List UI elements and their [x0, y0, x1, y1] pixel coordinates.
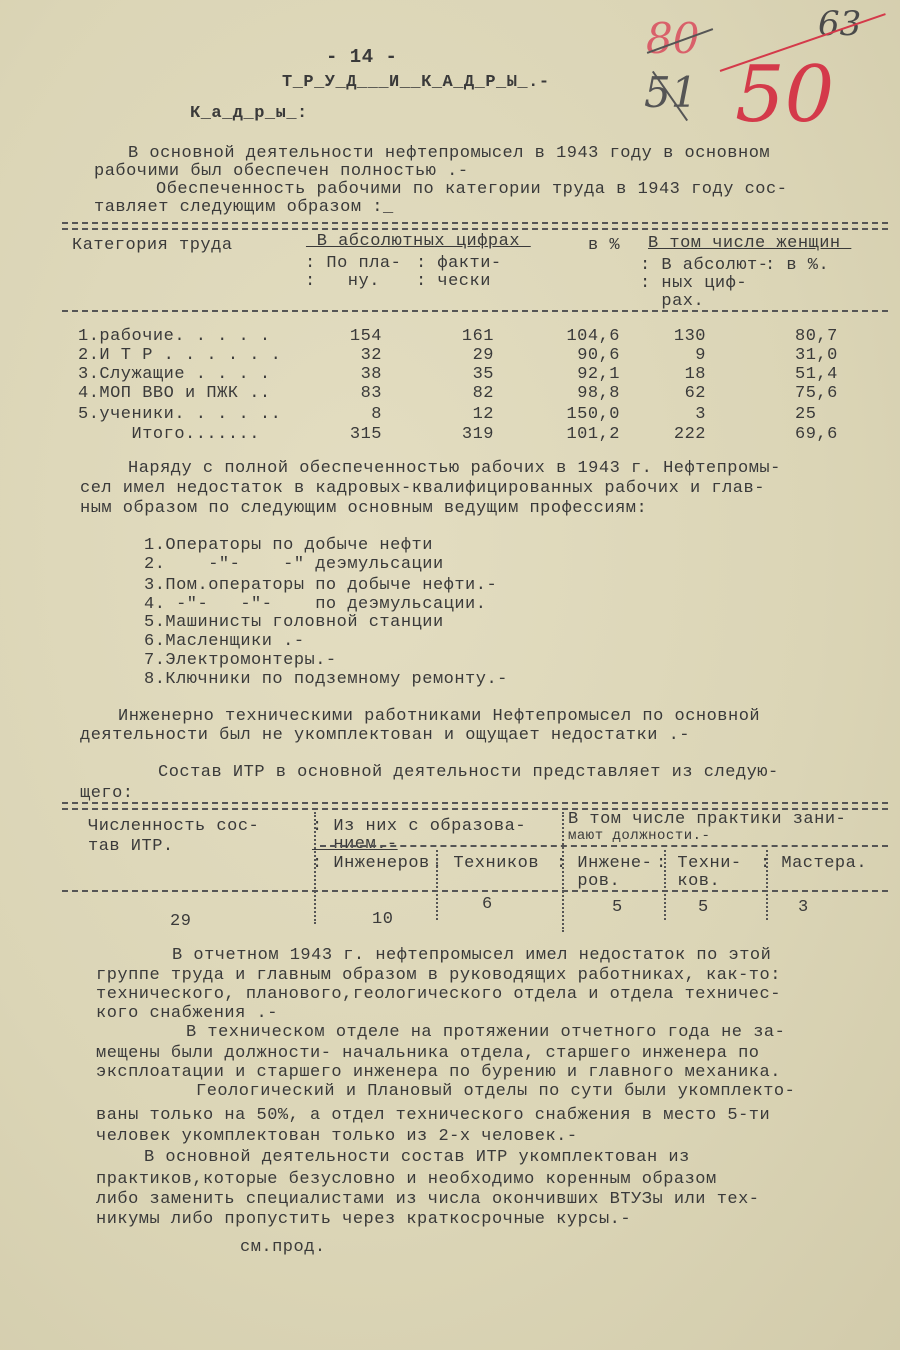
list-item: 5.Машинисты головной станции: [144, 613, 444, 633]
paragraph-line: сел имел недостаток в кадровых-квалифици…: [80, 479, 765, 499]
value-masters: 3: [798, 898, 809, 918]
header-practice: мают должности.-: [568, 826, 710, 846]
cell-plan: 8: [320, 405, 382, 425]
cell-percent: 92,1: [560, 365, 620, 385]
cell-women-pct: 25: [795, 405, 816, 425]
cell-women-pct: 69,6: [795, 425, 838, 445]
continued-note: см.прод.: [240, 1238, 326, 1258]
paragraph-line: В отчетном 1943 г. нефтепромысел имел не…: [172, 946, 771, 966]
table-row: 1.рабочие. . . . . 154 161 104,6 130 80,…: [0, 327, 900, 346]
header-technicians: : Техников: [432, 854, 539, 874]
red-crossed-number: 80: [646, 14, 699, 63]
paragraph-line: человек укомплектован только из 2-х чело…: [96, 1127, 578, 1147]
paragraph-line: ным образом по следующим основным ведущи…: [80, 499, 647, 519]
table-row: 4.МОП ВВО и ПЖК .. 83 82 98,8 62 75,6: [0, 384, 900, 405]
header-prac-engineers: : Инжене-: [556, 854, 652, 874]
cell-fact: 82: [430, 384, 494, 404]
header-fact: : чески: [416, 272, 491, 292]
table1-rows: 1.рабочие. . . . . 154 161 104,6 130 80,…: [0, 327, 900, 445]
value-prac-engineers: 5: [612, 898, 623, 918]
cell-category: 1.рабочие. . . . .: [78, 327, 271, 347]
cell-percent: 101,2: [560, 425, 620, 445]
list-item: 8.Ключники по подземному ремонту.-: [144, 670, 508, 690]
cell-plan: 315: [320, 425, 382, 445]
header-prac-technicians: : Техни-: [656, 854, 742, 874]
table2-subheader-border: [320, 845, 888, 847]
table2-top-border: [62, 802, 888, 810]
cell-fact: 29: [430, 346, 494, 366]
document-page: 63 80 51 50 - 14 - Т_Р_У_Д___И__К_А_Д_Р_…: [0, 0, 900, 1350]
header-women-pct: : в %.: [765, 256, 829, 276]
paragraph-line: практиков,которые безусловно и необходим…: [96, 1170, 717, 1190]
header-education: : Из них с образова-: [312, 817, 526, 837]
list-item: 1.Операторы по добыче нефти: [144, 536, 433, 556]
cell-women-pct: 31,0: [795, 346, 838, 366]
cell-percent: 104,6: [560, 327, 620, 347]
cell-women-pct: 51,4: [795, 365, 838, 385]
paragraph-line: Геологический и Плановый отделы по сути …: [196, 1082, 795, 1102]
header-percent: в %: [588, 236, 620, 256]
cell-women-pct: 75,6: [795, 384, 838, 404]
list-item: 2. -"- -" деэмульсации: [144, 555, 444, 575]
cell-percent: 98,8: [560, 384, 620, 404]
cell-category: 5.ученики. . . . ..: [78, 405, 281, 425]
intro-line: рабочими был обеспечен полностью .-: [94, 162, 469, 182]
cell-plan: 154: [320, 327, 382, 347]
page-number: - 14 -: [326, 47, 397, 67]
cell-fact: 319: [430, 425, 494, 445]
header-fact: : факти-: [416, 254, 502, 274]
paragraph-line: Инженерно техническими работниками Нефте…: [118, 707, 760, 727]
paragraph-line: никумы либо пропустить через краткосрочн…: [96, 1210, 631, 1230]
header-women-abs: : В абсолют-: [640, 256, 768, 276]
table-row: 5.ученики. . . . .. 8 12 150,0 3 25: [0, 405, 900, 425]
cell-category: Итого.......: [78, 425, 260, 445]
cell-category: 2.И Т Р . . . . . .: [78, 346, 281, 366]
value-total: 29: [170, 912, 191, 932]
cell-plan: 83: [320, 384, 382, 404]
column-divider: [664, 850, 666, 920]
paragraph-line: Состав ИТР в основной деятельности предс…: [158, 763, 779, 783]
cell-category: 4.МОП ВВО и ПЖК ..: [78, 384, 271, 404]
section-title: Т_Р_У_Д___И__К_А_Д_Р_Ы_.-: [282, 73, 550, 93]
header-engineers: : Инженеров: [312, 854, 430, 874]
paragraph-line: мещены были должности- начальника отдела…: [96, 1044, 760, 1064]
intro-line: тавляет следующим образом :_: [94, 198, 394, 218]
intro-line: Обеспеченность рабочими по категории тру…: [156, 180, 787, 200]
header-women-abs: рах.: [640, 292, 704, 312]
value-prac-technicians: 5: [698, 898, 709, 918]
paragraph-line: деятельности был не укомплектован и ощущ…: [80, 726, 690, 746]
header-women: В_том_числе_женщин_: [648, 234, 851, 254]
paragraph-line: щего:: [80, 784, 134, 804]
paragraph-line: технического, планового,геологического о…: [96, 985, 781, 1005]
header-masters: : Мастера.: [760, 854, 867, 874]
paragraph-line: Наряду с полной обеспеченностью рабочих …: [128, 459, 781, 479]
cell-plan: 32: [320, 346, 382, 366]
value-technicians: 6: [482, 895, 493, 915]
intro-line: В основной деятельности нефтепромысел в …: [128, 144, 770, 164]
list-item: 3.Пом.операторы по добыче нефти.-: [144, 576, 497, 596]
table-row-total: Итого....... 315 319 101,2 222 69,6: [0, 425, 900, 445]
header-plan: : ну.: [305, 272, 380, 292]
table-row: 3.Служащие . . . . 38 35 92,1 18 51,4: [0, 365, 900, 384]
cell-women-abs: 222: [670, 425, 706, 445]
paragraph-line: ваны только на 50%, а отдел технического…: [96, 1106, 770, 1126]
list-item: 4. -"- -"- по деэмульсации.: [144, 595, 486, 615]
subsection-title: К_а_д_р_ы_:: [190, 104, 308, 124]
cell-women-abs: 62: [670, 384, 706, 404]
paragraph-line: эксплоатации и старшего инженера по буре…: [96, 1063, 781, 1083]
table-header-border: [62, 310, 888, 312]
cell-women-abs: 130: [670, 327, 706, 347]
paragraph-line: группе труда и главным образом в руковод…: [96, 966, 781, 986]
paragraph-line: либо заменить специалистами из числа око…: [96, 1190, 760, 1210]
column-divider: [314, 812, 316, 924]
paragraph-line: В техническом отделе на протяжении отчет…: [186, 1023, 785, 1043]
cell-women-abs: 9: [670, 346, 706, 366]
header-total: тав ИТР.: [88, 837, 174, 857]
pencil-crossed-number: 51: [644, 68, 697, 117]
table-top-border: [62, 222, 888, 230]
paragraph-line: В основной деятельности состав ИТР укомп…: [144, 1148, 690, 1168]
cell-percent: 150,0: [560, 405, 620, 425]
cell-women-abs: 3: [670, 405, 706, 425]
cell-percent: 90,6: [560, 346, 620, 366]
cell-fact: 35: [430, 365, 494, 385]
header-prac-engineers: ров.: [556, 872, 620, 892]
header-total: Численность сос-: [88, 817, 259, 837]
header-plan: : По пла-: [305, 254, 401, 274]
header-category: Категория труда: [72, 236, 233, 256]
table-row: 2.И Т Р . . . . . . 32 29 90,6 9 31,0: [0, 346, 900, 365]
cell-category: 3.Служащие . . . .: [78, 365, 271, 385]
cell-fact: 161: [430, 327, 494, 347]
column-divider: [562, 812, 564, 932]
table2-header-border: [62, 890, 888, 892]
list-item: 6.Масленщики .-: [144, 632, 305, 652]
column-divider: [766, 850, 768, 920]
header-women-abs: : ных циф-: [640, 274, 747, 294]
column-divider: [436, 850, 438, 920]
cell-women-pct: 80,7: [795, 327, 838, 347]
cell-women-abs: 18: [670, 365, 706, 385]
paragraph-line: кого снабжения .-: [96, 1004, 278, 1024]
cell-fact: 12: [430, 405, 494, 425]
value-engineers: 10: [372, 910, 393, 930]
header-absolute: _В_абсолютных_цифрах_: [306, 232, 531, 252]
cell-plan: 38: [320, 365, 382, 385]
red-number: 50: [735, 50, 834, 140]
list-item: 7.Электромонтеры.-: [144, 651, 337, 671]
